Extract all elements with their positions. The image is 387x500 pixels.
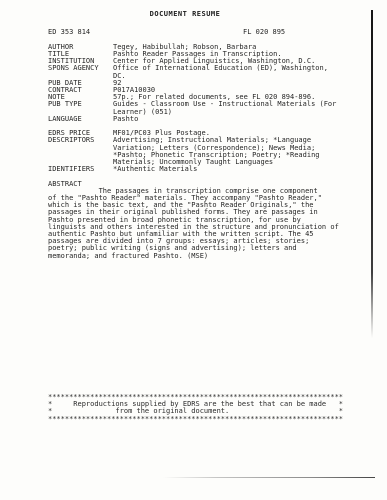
field-row-identifiers: IDENTIFIERS *Authentic Materials (48, 166, 346, 173)
id-row: ED 353 814 FL 020 895 (48, 29, 346, 36)
scan-artifact-vertical-line (371, 10, 373, 338)
field-label: DESCRIPTORS (48, 137, 113, 144)
abstract-text: The passages in transcription comprise o… (48, 188, 346, 260)
document-page: DOCUMENT RESUME ED 353 814 FL 020 895 AU… (0, 0, 387, 500)
ed-number: ED 353 814 (48, 28, 90, 36)
field-row-pub-type: PUB TYPE Guides - Classroom Use - Instru… (48, 101, 346, 115)
field-value: Guides - Classroom Use - Instructional M… (113, 101, 346, 115)
field-label: IDENTIFIERS (48, 166, 113, 173)
field-value: Advertising; Instructional Materials; *L… (113, 137, 346, 166)
field-row-pub-date: PUB DATE 92 (48, 80, 346, 87)
document-title: DOCUMENT RESUME (0, 11, 370, 18)
field-label: LANGUAGE (48, 116, 113, 123)
document-body: ED 353 814 FL 020 895 AUTHOR Tegey, Habi… (48, 29, 346, 260)
field-row-spons-agency: SPONS AGENCY Office of International Edu… (48, 65, 346, 79)
fl-number: FL 020 895 (243, 29, 285, 36)
field-label: PUB TYPE (48, 101, 113, 108)
field-value: Pashto (113, 116, 346, 123)
field-label: SPONS AGENCY (48, 65, 113, 72)
edrs-reproduction-notice: ****************************************… (48, 394, 343, 423)
field-value: *Authentic Materials (113, 166, 346, 173)
field-row-descriptors: DESCRIPTORS Advertising; Instructional M… (48, 137, 346, 166)
field-value: Office of International Education (ED), … (113, 65, 346, 79)
scan-artifact-horizontal-line (163, 477, 375, 478)
abstract-section: ABSTRACT The passages in transcription c… (48, 181, 346, 260)
field-row-language: LANGUAGE Pashto (48, 116, 346, 123)
